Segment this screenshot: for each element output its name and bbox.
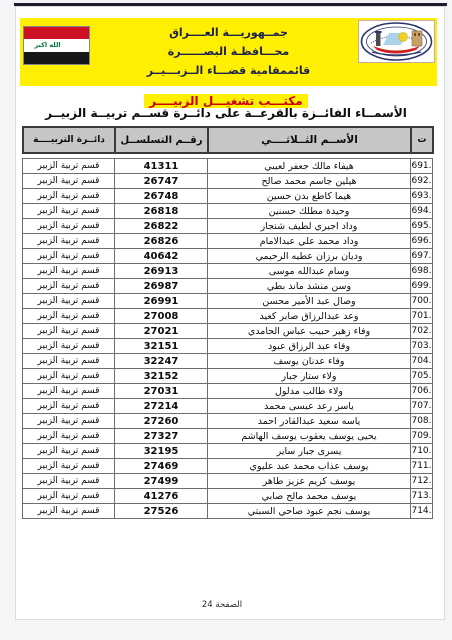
row-department-cell: قسم تربية الزبير [23, 204, 115, 219]
table-row: 708. ياسه سعيد عبدالقادر احمد 27260 قسم … [23, 414, 433, 429]
row-department-cell: قسم تربية الزبير [23, 294, 115, 309]
row-serial-cell: 26913 [115, 264, 208, 279]
row-index-cell: 701. [411, 309, 433, 324]
row-index-cell: 709. [411, 429, 433, 444]
row-department-cell: قسم تربية الزبير [23, 324, 115, 339]
row-index-cell: 691. [411, 159, 433, 174]
row-name-cell: ياسه سعيد عبدالقادر احمد [208, 414, 411, 429]
row-name-cell: ياسر رعد عيسى محمد [208, 399, 411, 414]
row-department-cell: قسم تربية الزبير [23, 504, 115, 519]
row-department-cell: قسم تربية الزبير [23, 189, 115, 204]
row-name-cell: يوسف عذاب محمد عبد عليوي [208, 459, 411, 474]
row-index-cell: 707. [411, 399, 433, 414]
letterhead-banner: الله اكبر جمــهوريـــة العــــراق محـــا… [20, 18, 437, 86]
row-department-cell: قسم تربية الزبير [23, 234, 115, 249]
row-serial-cell: 27469 [115, 459, 208, 474]
row-serial-cell: 32151 [115, 339, 208, 354]
row-index-cell: 700. [411, 294, 433, 309]
row-index-cell: 712. [411, 474, 433, 489]
row-serial-cell: 32247 [115, 354, 208, 369]
table-row: 705. ولاء ستار جبار 32152 قسم تربية الزب… [23, 369, 433, 384]
row-index-cell: 711. [411, 459, 433, 474]
row-name-cell: يوسف نجم عبود صاحي السبتي [208, 504, 411, 519]
row-name-cell: هيما كاطع بدن حسين [208, 189, 411, 204]
row-serial-cell: 26826 [115, 234, 208, 249]
row-index-cell: 696. [411, 234, 433, 249]
row-department-cell: قسم تربية الزبير [23, 159, 115, 174]
row-department-cell: قسم تربية الزبير [23, 354, 115, 369]
row-index-cell: 693. [411, 189, 433, 204]
table-row: 700. وصال عبد الأمير محسن 26991 قسم تربي… [23, 294, 433, 309]
row-name-cell: وفاء عدنان يوسف [208, 354, 411, 369]
row-department-cell: قسم تربية الزبير [23, 369, 115, 384]
row-index-cell: 702. [411, 324, 433, 339]
row-serial-cell: 32152 [115, 369, 208, 384]
document-page: الله اكبر جمــهوريـــة العــــراق محـــا… [0, 0, 452, 640]
table-row: 694. وحيدة مطلك حسنين 26818 قسم تربية ال… [23, 204, 433, 219]
row-serial-cell: 27214 [115, 399, 208, 414]
row-department-cell: قسم تربية الزبير [23, 399, 115, 414]
row-name-cell: ولاء طالب مدلول [208, 384, 411, 399]
row-serial-cell: 32195 [115, 444, 208, 459]
row-department-cell: قسم تربية الزبير [23, 219, 115, 234]
row-name-cell: وديان برزان عطيه الرحيمي [208, 249, 411, 264]
table-row: 693. هيما كاطع بدن حسين 26748 قسم تربية … [23, 189, 433, 204]
list-title: الأسمــاء الفائــزة بالقرعــة على دائــر… [0, 106, 452, 120]
row-name-cell: ولاء ستار جبار [208, 369, 411, 384]
top-rule-divider [14, 3, 447, 6]
table-row: 701. وعد عبدالرزاق صابر كعيد 27008 قسم ت… [23, 309, 433, 324]
row-name-cell: وداد اجيري لطيف شنجار [208, 219, 411, 234]
row-name-cell: وصال عبد الأمير محسن [208, 294, 411, 309]
row-department-cell: قسم تربية الزبير [23, 279, 115, 294]
row-serial-cell: 27021 [115, 324, 208, 339]
table-row: 714. يوسف نجم عبود صاحي السبتي 27526 قسم… [23, 504, 433, 519]
row-index-cell: 703. [411, 339, 433, 354]
row-serial-cell: 41311 [115, 159, 208, 174]
table-row: 706. ولاء طالب مدلول 27031 قسم تربية الز… [23, 384, 433, 399]
row-department-cell: قسم تربية الزبير [23, 459, 115, 474]
table-row: 707. ياسر رعد عيسى محمد 27214 قسم تربية … [23, 399, 433, 414]
table-row: 713. يوسف محمد مالح صابي 41276 قسم تربية… [23, 489, 433, 504]
results-table: 691. هيفاء مالك جعفر لعيبي 41311 قسم ترب… [22, 158, 433, 519]
row-name-cell: وداد محمد علي عبدالامام [208, 234, 411, 249]
row-serial-cell: 27008 [115, 309, 208, 324]
row-department-cell: قسم تربية الزبير [23, 414, 115, 429]
table-row: 710. يسرى جبار ساير 32195 قسم تربية الزب… [23, 444, 433, 459]
row-index-cell: 713. [411, 489, 433, 504]
table-row: 704. وفاء عدنان يوسف 32247 قسم تربية الز… [23, 354, 433, 369]
table-row: 692. هيلين جاسم محمد صالح 26747 قسم تربي… [23, 174, 433, 189]
row-department-cell: قسم تربية الزبير [23, 264, 115, 279]
table-row: 697. وديان برزان عطيه الرحيمي 40642 قسم … [23, 249, 433, 264]
table-row: 695. وداد اجيري لطيف شنجار 26822 قسم ترب… [23, 219, 433, 234]
table-row: 696. وداد محمد علي عبدالامام 26826 قسم ت… [23, 234, 433, 249]
row-index-cell: 714. [411, 504, 433, 519]
basra-emblem-icon [358, 20, 435, 63]
row-index-cell: 705. [411, 369, 433, 384]
row-serial-cell: 26747 [115, 174, 208, 189]
row-department-cell: قسم تربية الزبير [23, 384, 115, 399]
table-row: 709. يحيى يوسف يعقوب يوسف الهاشم 27327 ق… [23, 429, 433, 444]
row-serial-cell: 27526 [115, 504, 208, 519]
row-serial-cell: 40642 [115, 249, 208, 264]
row-name-cell: وسن منشد ماند بطي [208, 279, 411, 294]
page-number-label: الصفحة 24 [0, 600, 444, 610]
table-row: 711. يوسف عذاب محمد عبد عليوي 27469 قسم … [23, 459, 433, 474]
table-row: 702. وفاء زهير حبيب عباس الحامدي 27021 ق… [23, 324, 433, 339]
row-serial-cell: 27499 [115, 474, 208, 489]
row-serial-cell: 27260 [115, 414, 208, 429]
table-row: 691. هيفاء مالك جعفر لعيبي 41311 قسم ترب… [23, 159, 433, 174]
row-serial-cell: 27327 [115, 429, 208, 444]
row-name-cell: هيلين جاسم محمد صالح [208, 174, 411, 189]
row-name-cell: يحيى يوسف يعقوب يوسف الهاشم [208, 429, 411, 444]
row-index-cell: 704. [411, 354, 433, 369]
row-index-cell: 692. [411, 174, 433, 189]
row-serial-cell: 26991 [115, 294, 208, 309]
row-serial-cell: 41276 [115, 489, 208, 504]
table-row: 698. وسام عبدالله موسى 26913 قسم تربية ا… [23, 264, 433, 279]
row-name-cell: وحيدة مطلك حسنين [208, 204, 411, 219]
row-index-cell: 698. [411, 264, 433, 279]
header-cell-serial: رقــم التسلســل [115, 127, 208, 153]
header-cell-name: الأســم الثــلاثــــي [208, 127, 411, 153]
row-index-cell: 708. [411, 414, 433, 429]
row-name-cell: هيفاء مالك جعفر لعيبي [208, 159, 411, 174]
results-table-header: ت الأســم الثــلاثــــي رقــم التسلســل … [22, 126, 434, 154]
row-index-cell: 697. [411, 249, 433, 264]
row-name-cell: يوسف محمد مالح صابي [208, 489, 411, 504]
row-serial-cell: 26818 [115, 204, 208, 219]
row-department-cell: قسم تربية الزبير [23, 474, 115, 489]
header-cell-index: ت [411, 127, 433, 153]
row-name-cell: وفاء عبد الرزاق عبود [208, 339, 411, 354]
row-department-cell: قسم تربية الزبير [23, 489, 115, 504]
row-index-cell: 706. [411, 384, 433, 399]
row-department-cell: قسم تربية الزبير [23, 429, 115, 444]
row-serial-cell: 26748 [115, 189, 208, 204]
row-index-cell: 710. [411, 444, 433, 459]
row-name-cell: يوسف كريم عزيز طاهر [208, 474, 411, 489]
table-row: 699. وسن منشد ماند بطي 26987 قسم تربية ا… [23, 279, 433, 294]
row-department-cell: قسم تربية الزبير [23, 339, 115, 354]
row-index-cell: 695. [411, 219, 433, 234]
row-name-cell: وعد عبدالرزاق صابر كعيد [208, 309, 411, 324]
row-serial-cell: 26822 [115, 219, 208, 234]
row-name-cell: يسرى جبار ساير [208, 444, 411, 459]
row-department-cell: قسم تربية الزبير [23, 444, 115, 459]
table-row: 703. وفاء عبد الرزاق عبود 32151 قسم تربي… [23, 339, 433, 354]
row-department-cell: قسم تربية الزبير [23, 174, 115, 189]
row-serial-cell: 26987 [115, 279, 208, 294]
row-department-cell: قسم تربية الزبير [23, 309, 115, 324]
row-department-cell: قسم تربية الزبير [23, 249, 115, 264]
row-index-cell: 694. [411, 204, 433, 219]
row-index-cell: 699. [411, 279, 433, 294]
row-name-cell: وسام عبدالله موسى [208, 264, 411, 279]
row-name-cell: وفاء زهير حبيب عباس الحامدي [208, 324, 411, 339]
row-serial-cell: 27031 [115, 384, 208, 399]
header-cell-department: دائــرة التربيــــة [23, 127, 115, 153]
table-row: 712. يوسف كريم عزيز طاهر 27499 قسم تربية… [23, 474, 433, 489]
